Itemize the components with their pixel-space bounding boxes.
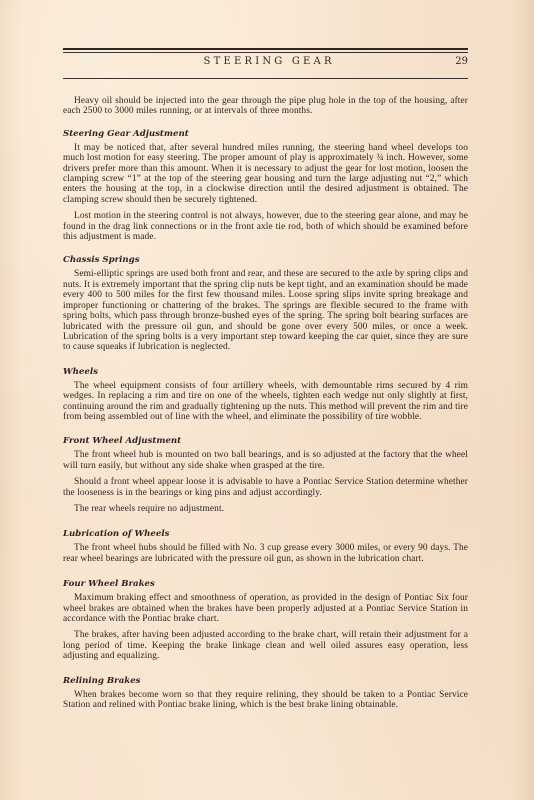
paragraph: Should a front wheel appear loose it is … (63, 477, 468, 498)
book-page: STEERING GEAR 29 Heavy oil should be inj… (63, 48, 468, 716)
paragraph: Heavy oil should be injected into the ge… (63, 96, 468, 117)
paragraph: It may be noticed that, after several hu… (63, 143, 468, 205)
paragraph: The brakes, after having been adjusted a… (63, 630, 468, 661)
section-heading: Steering Gear Adjustment (63, 129, 468, 140)
section-lubrication-of-wheels: Lubrication of Wheels The front wheel hu… (63, 529, 468, 564)
paragraph: The front wheel hub is mounted on two ba… (63, 450, 468, 471)
paragraph: Lost motion in the steering control is n… (63, 211, 468, 242)
paragraph: Maximum braking effect and smoothness of… (63, 593, 468, 624)
paragraph: Semi-elliptic springs are used both fron… (63, 269, 468, 352)
chapter-title: STEERING GEAR (63, 56, 455, 67)
intro-section: Heavy oil should be injected into the ge… (63, 96, 468, 117)
section-front-wheel-adjustment: Front Wheel Adjustment The front wheel h… (63, 436, 468, 514)
section-heading: Chassis Springs (63, 255, 468, 266)
paragraph: The front wheel hubs should be filled wi… (63, 543, 468, 564)
page-number: 29 (455, 56, 468, 67)
paragraph: The wheel equipment consists of four art… (63, 381, 468, 423)
section-steering-gear-adjustment: Steering Gear Adjustment It may be notic… (63, 129, 468, 243)
section-chassis-springs: Chassis Springs Semi-elliptic springs ar… (63, 255, 468, 352)
section-heading: Front Wheel Adjustment (63, 436, 468, 447)
running-header: STEERING GEAR 29 (63, 53, 468, 77)
page-content: Heavy oil should be injected into the ge… (63, 79, 468, 710)
paragraph: The rear wheels require no adjustment. (63, 504, 468, 514)
section-heading: Lubrication of Wheels (63, 529, 468, 540)
section-four-wheel-brakes: Four Wheel Brakes Maximum braking effect… (63, 579, 468, 661)
section-heading: Wheels (63, 367, 468, 378)
section-wheels: Wheels The wheel equipment consists of f… (63, 367, 468, 423)
paragraph: When brakes become worn so that they req… (63, 690, 468, 711)
section-heading: Relining Brakes (63, 676, 468, 687)
section-heading: Four Wheel Brakes (63, 579, 468, 590)
section-relining-brakes: Relining Brakes When brakes become worn … (63, 676, 468, 711)
header-rule-thick (63, 48, 468, 50)
